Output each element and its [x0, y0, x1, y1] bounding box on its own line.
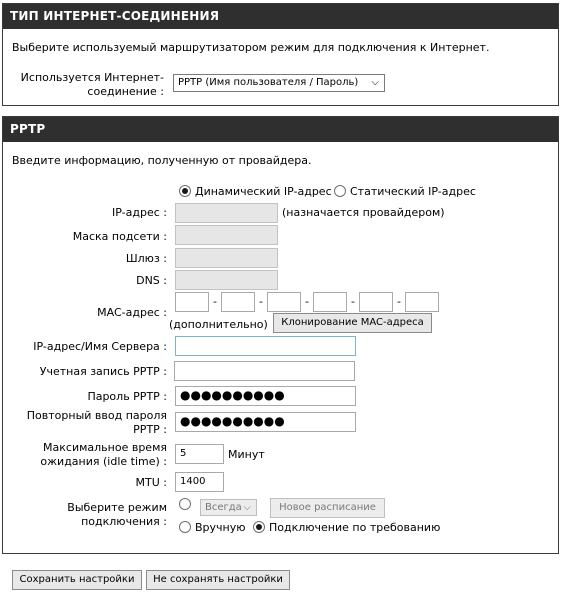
- internet-type-description: Выберите используемый маршрутизатором ре…: [12, 41, 489, 54]
- new-schedule-button[interactable]: Новое расписание: [270, 498, 385, 518]
- server-input[interactable]: [175, 336, 356, 356]
- pptp-description: Введите информацию, полученную от провай…: [12, 154, 312, 167]
- mac-octet-5[interactable]: [359, 292, 393, 312]
- password-confirm-label: Повторный ввод пароля PPTP :: [3, 409, 167, 437]
- idle-time-label-line2: ожидания (idle time) :: [40, 455, 167, 468]
- gateway-input[interactable]: [175, 248, 278, 268]
- server-label: IP-адрес/Имя Сервера :: [3, 340, 167, 354]
- password-input[interactable]: ●●●●●●●●●●: [175, 386, 356, 406]
- subnet-mask-label: Маска подсети :: [3, 230, 167, 244]
- ip-address-note: (назначается провайдером): [282, 206, 445, 219]
- mtu-input[interactable]: 1400: [175, 472, 224, 492]
- mac-octet-1[interactable]: [175, 292, 209, 312]
- chevron-down-icon: ⌵: [371, 75, 379, 91]
- connection-mode-label-line1: Выберите режим: [67, 501, 167, 514]
- idle-time-unit: Минут: [228, 448, 265, 461]
- mtu-label: MTU :: [3, 476, 167, 490]
- mac-separator: -: [397, 295, 401, 308]
- gateway-label: Шлюз :: [3, 252, 167, 266]
- clone-mac-button[interactable]: Клонирование MAC-адреса: [273, 313, 432, 333]
- chevron-down-icon: ⌵: [243, 500, 251, 515]
- dns-input[interactable]: [175, 270, 278, 290]
- connection-mode-label: Выберите режим подключения :: [3, 501, 167, 529]
- radio-static-ip-label: Статический IP-адрес: [350, 185, 476, 198]
- radio-mode-schedule[interactable]: [179, 498, 191, 510]
- connection-mode-label-line2: подключения :: [81, 515, 167, 528]
- mac-octet-6[interactable]: [405, 292, 439, 312]
- mac-separator: -: [351, 295, 355, 308]
- mac-separator: -: [259, 295, 263, 308]
- radio-mode-on-demand-label: Подключение по требованию: [269, 521, 440, 534]
- dns-label: DNS :: [3, 274, 167, 288]
- idle-time-input[interactable]: 5: [175, 444, 224, 464]
- pptp-title: PPTP: [3, 117, 558, 142]
- radio-mode-manual-label: Вручную: [195, 521, 246, 534]
- idle-time-label: Максимальное время ожидания (idle time) …: [3, 441, 167, 469]
- schedule-selected: Всегда: [205, 502, 242, 513]
- password-confirm-label-line1: Повторный ввод пароля: [27, 409, 167, 422]
- radio-static-ip[interactable]: [334, 185, 346, 197]
- mac-separator: -: [305, 295, 309, 308]
- ip-address-input[interactable]: [175, 203, 278, 223]
- save-settings-button[interactable]: Сохранить настройки: [12, 570, 142, 590]
- radio-dynamic-ip[interactable]: [179, 185, 191, 197]
- password-confirm-label-line2: PPTP :: [133, 423, 167, 436]
- pptp-section: PPTP Введите информацию, полученную от п…: [2, 116, 559, 554]
- idle-time-label-line1: Максимальное время: [43, 441, 167, 454]
- password-label: Пароль PPTP :: [3, 390, 167, 404]
- mac-address-label: MAC-адрес :: [3, 306, 167, 320]
- connection-type-label-line1: Используется Интернет-: [21, 71, 164, 84]
- internet-type-title: ТИП ИНТЕРНЕТ-СОЕДИНЕНИЯ: [3, 4, 558, 29]
- radio-dynamic-ip-label: Динамический IP-адрес: [195, 185, 332, 198]
- mac-octet-3[interactable]: [267, 292, 301, 312]
- schedule-select[interactable]: Всегда ⌵: [200, 499, 257, 516]
- dont-save-settings-button[interactable]: Не сохранять настройки: [146, 570, 290, 590]
- mac-optional-note: (дополнительно): [169, 318, 268, 331]
- mac-octet-4[interactable]: [313, 292, 347, 312]
- radio-mode-on-demand[interactable]: [253, 521, 265, 533]
- internet-type-section: ТИП ИНТЕРНЕТ-СОЕДИНЕНИЯ Выберите использ…: [2, 3, 559, 106]
- account-label: Учетная запись PPTP :: [3, 365, 167, 379]
- subnet-mask-input[interactable]: [175, 225, 278, 245]
- mac-separator: -: [213, 295, 217, 308]
- connection-type-label: Используется Интернет- соединение :: [3, 71, 164, 99]
- connection-type-select[interactable]: PPTP (Имя пользователя / Пароль) ⌵: [173, 74, 385, 92]
- mac-octet-2[interactable]: [221, 292, 255, 312]
- connection-type-label-line2: соединение :: [87, 85, 164, 98]
- connection-type-selected: PPTP (Имя пользователя / Пароль): [178, 77, 358, 88]
- password-confirm-input[interactable]: ●●●●●●●●●●: [175, 412, 356, 432]
- radio-mode-manual[interactable]: [179, 521, 191, 533]
- ip-address-label: IP-адрес :: [3, 206, 167, 220]
- account-input[interactable]: [174, 361, 355, 381]
